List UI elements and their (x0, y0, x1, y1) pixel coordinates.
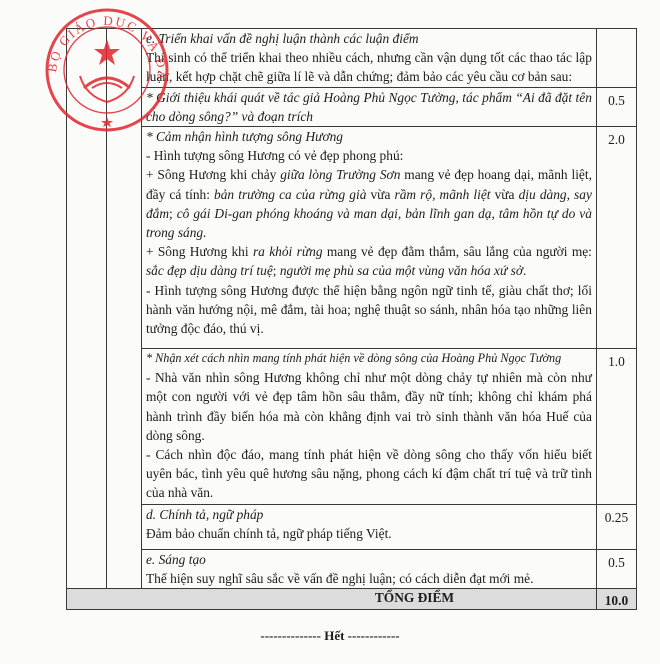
table-row: e. Triển khai vấn đề nghị luận thành các… (67, 29, 637, 88)
rubric-text: + Sông Hương khi ra khỏi rừng mang vẻ đẹ… (146, 242, 592, 280)
table-row: * Nhận xét cách nhìn mang tính phát hiện… (67, 349, 637, 505)
rubric-cell: * Giới thiệu khái quát về tác giả Hoàng … (141, 87, 596, 126)
score-cell: 1.0 (596, 349, 636, 505)
total-score: 10.0 (596, 589, 636, 610)
rubric-heading: e. Sáng tạo (146, 550, 592, 569)
score-cell: 0.5 (596, 550, 636, 589)
score-cell: 2.0 (596, 127, 636, 349)
rubric-text: Thí sinh có thể triển khai theo nhiều cá… (146, 48, 592, 86)
rubric-text: + Sông Hương khi chảy giữa lòng Trường S… (146, 165, 592, 242)
table-row: e. Sáng tạo Thể hiện suy nghĩ sâu sắc về… (67, 550, 637, 589)
question-column (67, 29, 107, 589)
section-column (107, 29, 142, 589)
score-cell: 0.5 (596, 87, 636, 126)
rubric-cell: * Cảm nhận hình tượng sông Hương - Hình … (141, 127, 596, 349)
rubric-text: Đảm bảo chuẩn chính tả, ngữ pháp tiếng V… (146, 524, 592, 543)
rubric-text: - Cách nhìn độc đáo, mang tính phát hiện… (146, 445, 592, 503)
rubric-cell: e. Triển khai vấn đề nghị luận thành các… (141, 29, 596, 88)
table-row: d. Chính tả, ngữ pháp Đảm bảo chuẩn chín… (67, 505, 637, 550)
total-label: TỔNG ĐIỂM (67, 589, 597, 610)
score-cell (596, 29, 636, 88)
rubric-cell: d. Chính tả, ngữ pháp Đảm bảo chuẩn chín… (141, 505, 596, 550)
table-row: * Cảm nhận hình tượng sông Hương - Hình … (67, 127, 637, 349)
end-marker: -------------- Hết ------------ (0, 628, 660, 644)
rubric-text: - Nhà văn nhìn sông Hương không chỉ như … (146, 368, 592, 445)
rubric-heading: d. Chính tả, ngữ pháp (146, 505, 592, 524)
score-cell: 0.25 (596, 505, 636, 550)
rubric-heading: * Nhận xét cách nhìn mang tính phát hiện… (146, 349, 592, 368)
rubric-heading: * Giới thiệu khái quát về tác giả Hoàng … (146, 88, 592, 126)
scoring-rubric-table: e. Triển khai vấn đề nghị luận thành các… (66, 28, 637, 610)
rubric-text: - Hình tượng sông Hương có vẻ đẹp phong … (146, 146, 592, 165)
rubric-heading: e. Triển khai vấn đề nghị luận thành các… (146, 29, 592, 48)
rubric-text: Thể hiện suy nghĩ sâu sắc về vấn đề nghị… (146, 569, 592, 588)
rubric-text: - Hình tượng sông Hương được thể hiện bằ… (146, 281, 592, 339)
rubric-cell: * Nhận xét cách nhìn mang tính phát hiện… (141, 349, 596, 505)
table-row: * Giới thiệu khái quát về tác giả Hoàng … (67, 87, 637, 126)
rubric-cell: e. Sáng tạo Thể hiện suy nghĩ sâu sắc về… (141, 550, 596, 589)
rubric-heading: * Cảm nhận hình tượng sông Hương (146, 127, 592, 146)
total-row: TỔNG ĐIỂM 10.0 (67, 589, 637, 610)
